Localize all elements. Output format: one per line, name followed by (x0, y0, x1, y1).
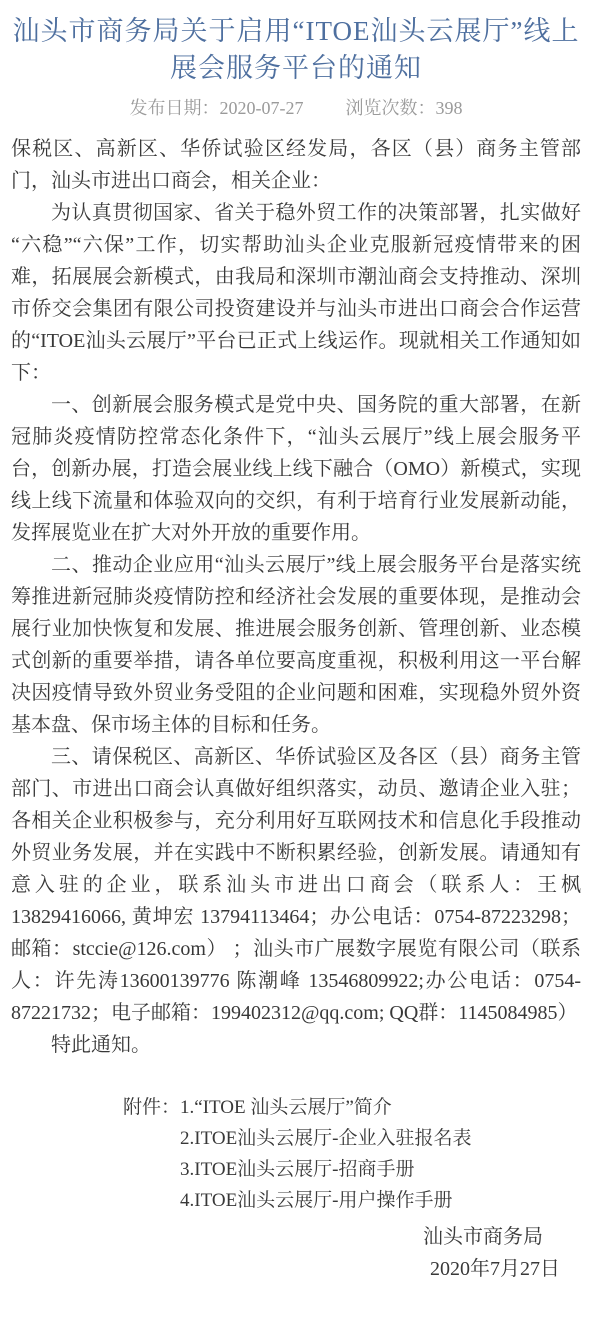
publish-date-label: 发布日期： (130, 98, 220, 118)
attachments-list: 1.“ITOE 汕头云展厅”简介 2.ITOE汕头云展厅-企业入驻报名表 3.I… (180, 1092, 581, 1216)
attachment-item-1[interactable]: 1.“ITOE 汕头云展厅”简介 (180, 1092, 581, 1123)
views-value: 398 (436, 98, 463, 118)
page-title: 汕头市商务局关于启用“ITOE汕头云展厅”线上展会服务平台的通知 (10, 13, 582, 87)
attachments-block: 附件： 1.“ITOE 汕头云展厅”简介 2.ITOE汕头云展厅-企业入驻报名表… (123, 1092, 581, 1216)
notice-page: 汕头市商务局关于启用“ITOE汕头云展厅”线上展会服务平台的通知 发布日期：20… (0, 0, 592, 1323)
views-label: 浏览次数： (346, 98, 436, 118)
attachment-item-3[interactable]: 3.ITOE汕头云展厅-招商手册 (180, 1154, 581, 1185)
signature-date: 2020年7月27日 (11, 1253, 581, 1285)
notice-body: 保税区、高新区、华侨试验区经发局，各区（县）商务主管部门，汕头市进出口商会，相关… (0, 120, 592, 1285)
meta-line: 发布日期：2020-07-27浏览次数：398 (0, 96, 592, 120)
paragraph-item-3: 三、请保税区、高新区、华侨试验区及各区（县）商务主管部门、市进出口商会认真做好组… (11, 741, 581, 1029)
paragraph-intro: 为认真贯彻国家、省关于稳外贸工作的决策部署，扎实做好“六稳”“六保”工作，切实帮… (11, 197, 581, 389)
paragraph-item-1: 一、创新展会服务模式是党中央、国务院的重大部署，在新冠肺炎疫情防控常态化条件下，… (11, 389, 581, 549)
attachment-item-4[interactable]: 4.ITOE汕头云展厅-用户操作手册 (180, 1185, 581, 1216)
publish-date-value: 2020-07-27 (220, 98, 304, 118)
attachments-label: 附件： (123, 1092, 180, 1123)
attachment-item-2[interactable]: 2.ITOE汕头云展厅-企业入驻报名表 (180, 1123, 581, 1154)
signature-org: 汕头市商务局 (11, 1221, 581, 1253)
paragraph-closing: 特此通知。 (11, 1029, 581, 1061)
paragraph-item-2: 二、推动企业应用“汕头云展厅”线上展会服务平台是落实统筹推进新冠肺炎疫情防控和经… (11, 549, 581, 741)
paragraph-salutation: 保税区、高新区、华侨试验区经发局，各区（县）商务主管部门，汕头市进出口商会，相关… (11, 133, 581, 197)
